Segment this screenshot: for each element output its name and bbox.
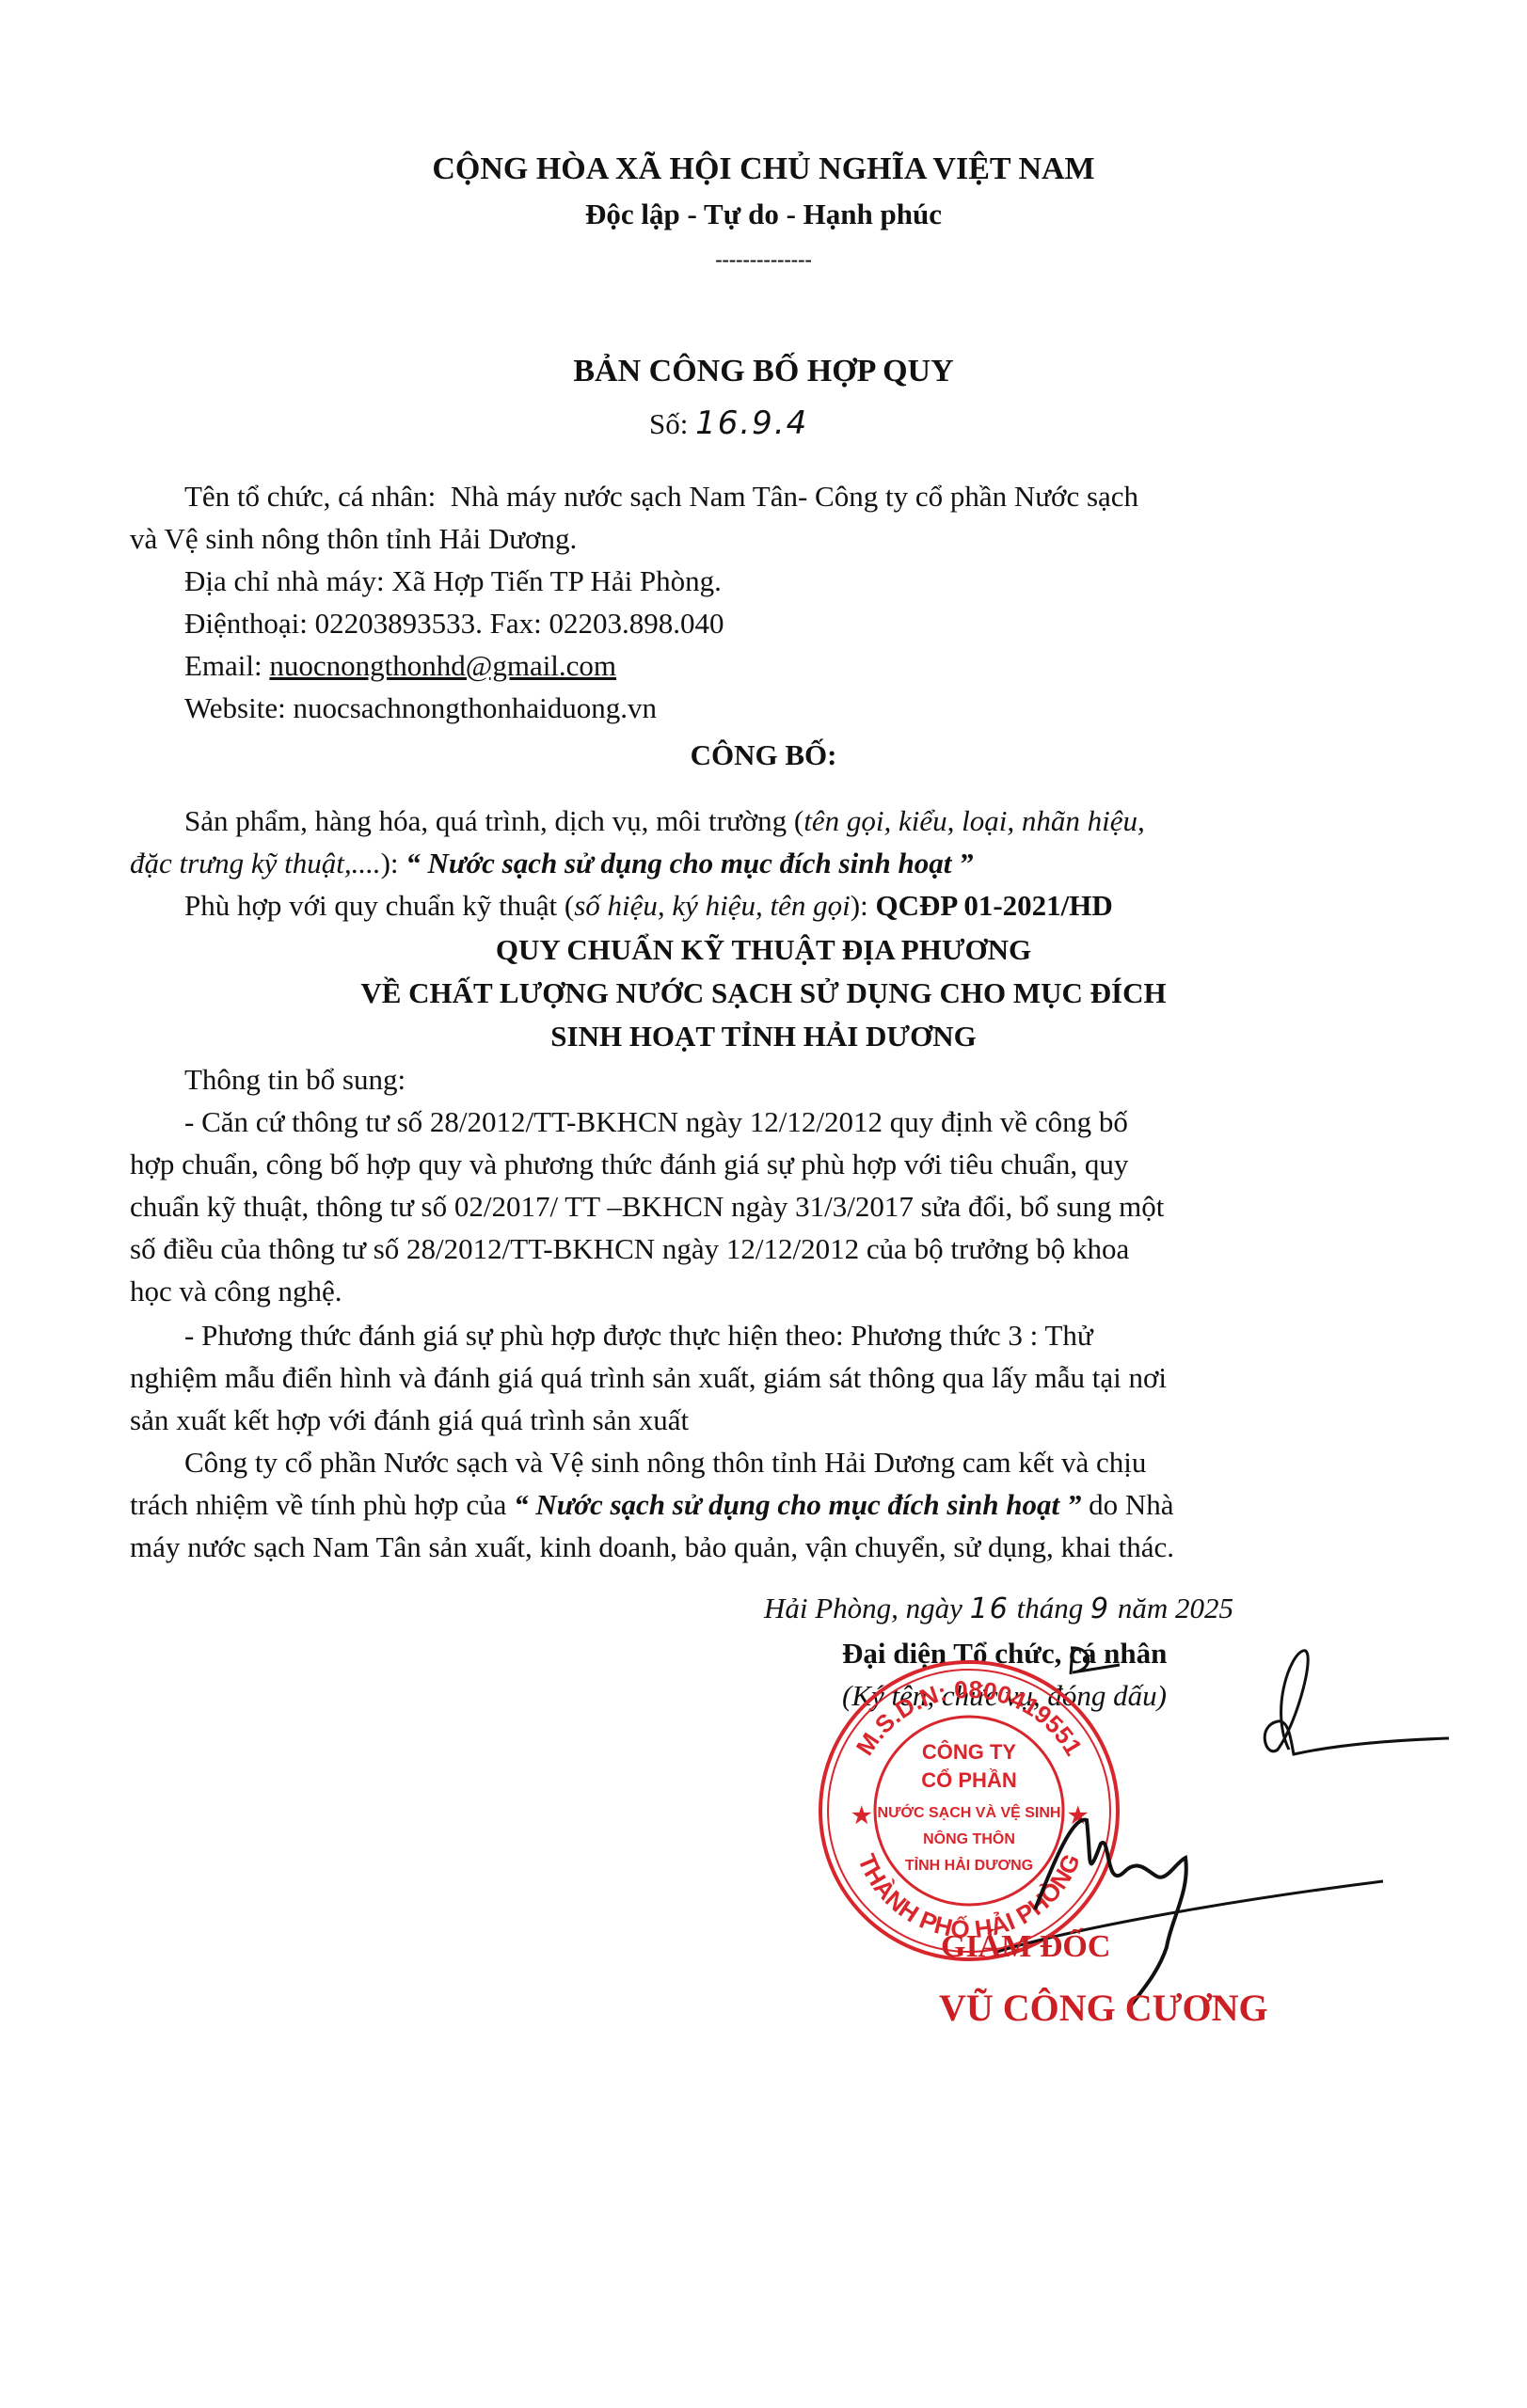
org-phone: Điệnthoại: 02203893533. Fax: 02203.898.0… (184, 605, 724, 642)
svg-text:TỈNH HẢI DƯƠNG: TỈNH HẢI DƯƠNG (905, 1856, 1033, 1874)
extra-para2-line: nghiệm mẫu điển hình và đánh giá quá trì… (130, 1359, 1167, 1397)
extra-para2-line: - Phương thức đánh giá sự phù hợp được t… (184, 1317, 1093, 1354)
standard-title-line-1: QUY CHUẨN KỸ THUẬT ĐỊA PHƯƠNG (0, 931, 1527, 969)
product-name: “ Nước sạch sử dụng cho mục đích sinh ho… (406, 847, 973, 879)
document-number: Số: 16.9.4 (649, 404, 808, 443)
svg-text:NƯỚC SẠCH VÀ VỆ SINH: NƯỚC SẠCH VÀ VỆ SINH (878, 1803, 1061, 1821)
commitment-tail: do Nhà (1081, 1488, 1173, 1521)
motto: Độc lập - Tự do - Hạnh phúc (0, 196, 1527, 233)
email-link[interactable]: nuocnongthonhd@gmail.com (269, 649, 616, 682)
extra-para1-line: học và công nghệ. (130, 1273, 342, 1310)
org-name-line-1: Tên tổ chức, cá nhân: Nhà máy nước sạch … (184, 478, 1138, 515)
header-divider: -------------- (0, 241, 1527, 278)
sign-month: 9 (1090, 1592, 1110, 1625)
svg-text:CỔ PHẦN: CỔ PHẦN (921, 1768, 1016, 1792)
product-line-2-text: ): (381, 847, 406, 879)
company-seal: M.S.D.N: 0800419551 THÀNH PHỐ HẢI PHÒNG … (814, 1655, 1124, 1966)
sign-place: Hải Phòng, ngày (764, 1592, 970, 1624)
extra-para2-line: sản xuất kết hợp với đánh giá quá trình … (130, 1402, 689, 1439)
conformity-sep: ): (851, 889, 876, 922)
signer-position: GIÁM ĐỐC (941, 1928, 1110, 1966)
org-name-line-2: và Vệ sinh nông thôn tỉnh Hải Dương. (130, 520, 577, 558)
conformity-italic: số hiệu, ký hiệu, tên gọi (574, 889, 851, 922)
svg-text:★: ★ (851, 1803, 872, 1829)
extra-heading: Thông tin bổ sung: (184, 1061, 406, 1099)
extra-para1-line: hợp chuẩn, công bố hợp quy và phương thứ… (130, 1146, 1128, 1183)
org-name-value: Nhà máy nước sạch Nam Tân- Công ty cổ ph… (451, 480, 1138, 513)
extra-para1-line: số điều của thông tư số 28/2012/TT-BKHCN… (130, 1230, 1129, 1268)
org-email: Email: nuocnongthonhd@gmail.com (184, 647, 616, 685)
conformity-text: Phù hợp với quy chuẩn kỹ thuật ( (184, 889, 574, 922)
extra-para1-line: - Căn cứ thông tư số 28/2012/TT-BKHCN ng… (184, 1103, 1128, 1141)
document-title: BẢN CÔNG BỐ HỢP QUY (0, 353, 1527, 390)
org-website: Website: nuocsachnongthonhaiduong.vn (184, 689, 657, 727)
commitment-line-1: Công ty cổ phần Nước sạch và Vệ sinh nôn… (184, 1444, 1146, 1481)
product-line-2: đặc trưng kỹ thuật,....): “ Nước sạch sử… (130, 845, 974, 882)
extra-para1-line: chuẩn kỹ thuật, thông tư số 02/2017/ TT … (130, 1188, 1164, 1226)
sign-day: 16 (970, 1592, 1010, 1625)
product-line-1-italic: tên gọi, kiểu, loại, nhãn hiệu, (803, 804, 1144, 837)
commitment-line-2: trách nhiệm về tính phù hợp của “ Nước s… (130, 1486, 1174, 1524)
svg-text:CÔNG TY: CÔNG TY (922, 1740, 1017, 1764)
svg-text:★: ★ (1068, 1803, 1089, 1829)
product-line-1-text: Sản phẩm, hàng hóa, quá trình, dịch vụ, … (184, 804, 803, 837)
commitment-product: “ Nước sạch sử dụng cho mục đích sinh ho… (514, 1488, 1081, 1521)
commitment-line-3: máy nước sạch Nam Tân sản xuất, kinh doa… (130, 1529, 1174, 1566)
nation-heading: CỘNG HÒA XÃ HỘI CHỦ NGHĨA VIỆT NAM (0, 150, 1527, 188)
sign-date: Hải Phòng, ngày 16 tháng 9 năm 2025 (764, 1590, 1233, 1628)
product-line-1: Sản phẩm, hàng hóa, quá trình, dịch vụ, … (184, 802, 1145, 840)
commitment-text: trách nhiệm về tính phù hợp của (130, 1488, 514, 1521)
conformity-line: Phù hợp với quy chuẩn kỹ thuật (số hiệu,… (184, 887, 1113, 925)
number-label: Số: (649, 407, 688, 440)
org-address: Địa chỉ nhà máy: Xã Hợp Tiến TP Hải Phòn… (184, 562, 722, 600)
standard-code: QCĐP 01-2021/HD (875, 889, 1112, 922)
sign-month-label: tháng (1010, 1592, 1090, 1624)
sign-year: năm 2025 (1110, 1592, 1233, 1624)
standard-title-line-2: VỀ CHẤT LƯỢNG NƯỚC SẠCH SỬ DỤNG CHO MỤC … (0, 974, 1527, 1012)
org-name-label: Tên tổ chức, cá nhân: (184, 480, 436, 513)
standard-title-line-3: SINH HOẠT TỈNH HẢI DƯƠNG (0, 1018, 1527, 1055)
announce-heading: CÔNG BỐ: (0, 737, 1527, 774)
signer-name: VŨ CÔNG CƯƠNG (939, 1989, 1268, 2027)
number-value: 16.9.4 (695, 404, 808, 442)
product-line-2-italic: đặc trưng kỹ thuật,.... (130, 847, 381, 879)
email-label: Email: (184, 649, 269, 682)
svg-text:NÔNG THÔN: NÔNG THÔN (923, 1830, 1015, 1847)
